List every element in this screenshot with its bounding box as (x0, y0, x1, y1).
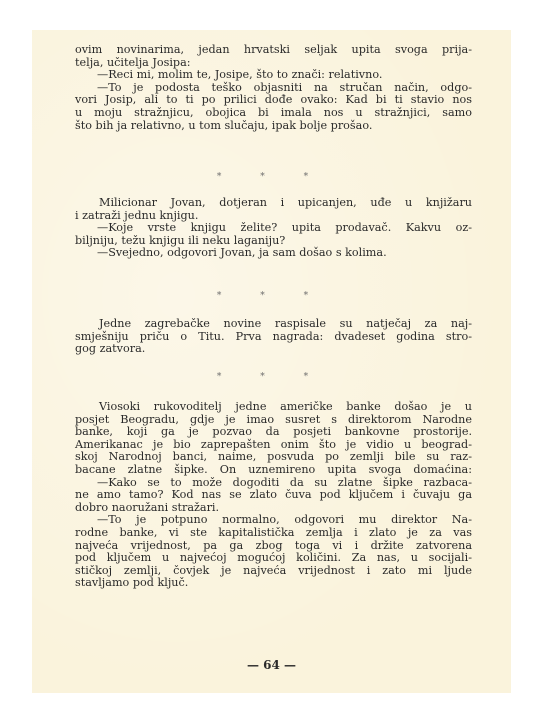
text-line: Milicionar Jovan, dotjeran i upicanjen, … (75, 197, 472, 210)
anecdote-jovan: Milicionar Jovan, dotjeran i upicanjen, … (75, 197, 472, 260)
text-line: pod ključem u najvećoj mogućoj količini.… (75, 552, 472, 565)
page-number: — 64 — (32, 658, 511, 672)
text-line: Viosoki rukovoditelj jedne američke bank… (75, 401, 472, 414)
text-line: u moju stražnjicu, obojica bi imala nos … (75, 107, 472, 120)
text-line: što bih ja relativno, u tom slučaju, ipa… (75, 120, 472, 133)
text-line: gog zatvora. (75, 343, 472, 356)
text-line: bacane zlatne šipke. On uznemireno upita… (75, 464, 472, 477)
text-line: —Koje vrste knjigu želite? upita prodava… (75, 222, 472, 235)
text-line: banke, koji ga je pozvao da posjeti bank… (75, 426, 472, 439)
text-line: stavljamo pod ključ. (75, 577, 472, 590)
section-separator: * * * (32, 372, 511, 382)
anecdote-tito: Jedne zagrebačke novine raspisale su nat… (75, 318, 472, 356)
anecdote-josip: ovim novinarima, jedan hrvatski seljak u… (75, 44, 472, 132)
text-line: ne amo tamo? Kod nas se zlato čuva pod k… (75, 489, 472, 502)
anecdote-banka: Viosoki rukovoditelj jedne američke bank… (75, 401, 472, 590)
text-line: rodne banke, vi ste kapitalistička zemlj… (75, 527, 472, 540)
book-page: ovim novinarima, jedan hrvatski seljak u… (32, 30, 511, 693)
section-separator: * * * (32, 291, 511, 301)
text-line: —Svejedno, odgovori Jovan, ja sam došao … (75, 247, 472, 260)
text-line: —Reci mi, molim te, Josipe, što to znači… (75, 69, 472, 82)
text-line: ovim novinarima, jedan hrvatski seljak u… (75, 44, 472, 57)
section-separator: * * * (32, 172, 511, 182)
text-line: Jedne zagrebačke novine raspisale su nat… (75, 318, 472, 331)
